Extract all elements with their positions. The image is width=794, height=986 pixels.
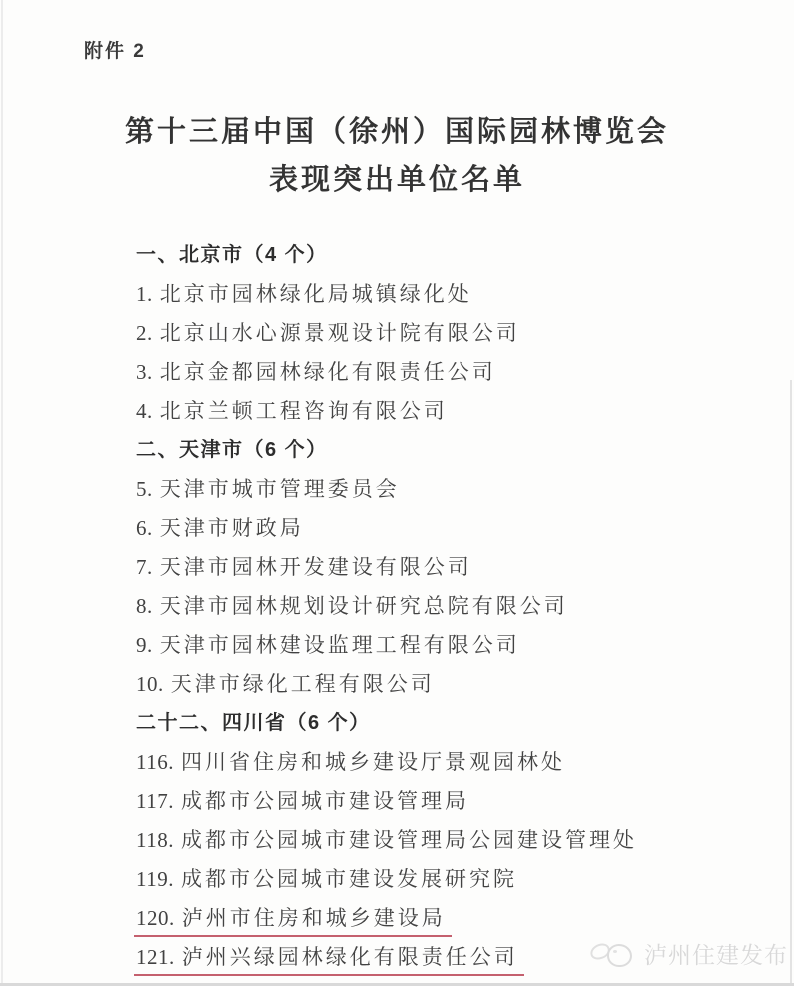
unit-list: 一、北京市（4 个） 1.北京市园林绿化局城镇绿化处 2.北京山水心源景观设计院… bbox=[136, 236, 764, 977]
item-name: 天津市园林开发建设有限公司 bbox=[160, 555, 472, 579]
document-title-line1: 第十三届中国（徐州）国际园林博览会 bbox=[0, 108, 794, 156]
list-item: 8.天津市园林规划设计研究总院有限公司 bbox=[136, 587, 764, 626]
item-name: 泸州兴绿园林绿化有限责任公司 bbox=[182, 945, 518, 969]
mascot-logo-icon bbox=[589, 938, 637, 970]
list-item: 2.北京山水心源景观设计院有限公司 bbox=[136, 314, 764, 353]
list-item: 9.天津市园林建设监理工程有限公司 bbox=[136, 626, 764, 665]
item-name: 北京市园林绿化局城镇绿化处 bbox=[160, 282, 472, 306]
document-page: 附件 2 第十三届中国（徐州）国际园林博览会 表现突出单位名单 一、北京市（4 … bbox=[0, 0, 794, 986]
item-number: 119. bbox=[136, 867, 174, 891]
list-item-line: 3.北京金都园林绿化有限责任公司 bbox=[134, 358, 502, 389]
item-number: 4. bbox=[136, 399, 153, 423]
item-number: 10. bbox=[136, 672, 164, 696]
item-name: 天津市财政局 bbox=[160, 516, 304, 540]
list-item: 116.四川省住房和城乡建设厅景观园林处 bbox=[136, 743, 764, 782]
list-item: 5.天津市城市管理委员会 bbox=[136, 470, 764, 509]
section-heading: 一、北京市（4 个） bbox=[136, 236, 764, 275]
item-name: 北京山水心源景观设计院有限公司 bbox=[160, 321, 520, 345]
list-item-line: 7.天津市园林开发建设有限公司 bbox=[134, 553, 478, 584]
list-item-line: 5.天津市城市管理委员会 bbox=[134, 475, 406, 506]
list-item: 10.天津市绿化工程有限公司 bbox=[136, 665, 764, 704]
item-name: 成都市公园城市建设发展研究院 bbox=[181, 867, 517, 891]
list-item-line: 117.成都市公园城市建设管理局 bbox=[134, 787, 475, 818]
scan-edge-right bbox=[790, 380, 792, 986]
list-item-line: 121.泸州兴绿园林绿化有限责任公司 bbox=[134, 943, 524, 976]
watermark-text: 泸州住建发布 bbox=[644, 937, 788, 970]
list-item-line: 4.北京兰顿工程咨询有限公司 bbox=[134, 397, 454, 428]
list-item-line: 1.北京市园林绿化局城镇绿化处 bbox=[134, 280, 478, 311]
section-heading: 二十二、四川省（6 个） bbox=[136, 704, 764, 743]
list-item-line: 118.成都市公园城市建设管理局公园建设管理处 bbox=[134, 826, 643, 857]
list-item-line: 8.天津市园林规划设计研究总院有限公司 bbox=[134, 592, 574, 623]
list-item-line: 9.天津市园林建设监理工程有限公司 bbox=[134, 631, 526, 662]
list-item-line: 119.成都市公园城市建设发展研究院 bbox=[134, 865, 523, 896]
item-number: 2. bbox=[136, 321, 153, 345]
list-item: 120.泸州市住房和城乡建设局 bbox=[136, 899, 764, 938]
item-name: 天津市城市管理委员会 bbox=[160, 477, 400, 501]
item-number: 5. bbox=[136, 477, 153, 501]
list-item-line: 10.天津市绿化工程有限公司 bbox=[134, 670, 441, 701]
list-item: 118.成都市公园城市建设管理局公园建设管理处 bbox=[136, 821, 764, 860]
item-name: 天津市绿化工程有限公司 bbox=[171, 672, 435, 696]
item-name: 天津市园林建设监理工程有限公司 bbox=[160, 633, 520, 657]
list-item: 7.天津市园林开发建设有限公司 bbox=[136, 548, 764, 587]
section-heading: 二、天津市（6 个） bbox=[136, 431, 764, 470]
list-item-line: 2.北京山水心源景观设计院有限公司 bbox=[134, 319, 526, 350]
attachment-label: 附件 2 bbox=[84, 36, 146, 63]
list-item: 3.北京金都园林绿化有限责任公司 bbox=[136, 353, 764, 392]
list-item: 4.北京兰顿工程咨询有限公司 bbox=[136, 392, 764, 431]
list-item-line: 6.天津市财政局 bbox=[134, 514, 310, 545]
list-item: 1.北京市园林绿化局城镇绿化处 bbox=[136, 275, 764, 314]
item-name: 四川省住房和城乡建设厅景观园林处 bbox=[181, 750, 565, 774]
item-number: 121. bbox=[136, 945, 175, 969]
document-title: 第十三届中国（徐州）国际园林博览会 表现突出单位名单 bbox=[0, 108, 794, 204]
document-title-line2: 表现突出单位名单 bbox=[0, 156, 794, 204]
item-number: 7. bbox=[136, 555, 153, 579]
item-name: 天津市园林规划设计研究总院有限公司 bbox=[160, 594, 568, 618]
item-number: 8. bbox=[136, 594, 153, 618]
item-number: 9. bbox=[136, 633, 153, 657]
list-item: 6.天津市财政局 bbox=[136, 509, 764, 548]
item-number: 1. bbox=[136, 282, 153, 306]
item-name: 北京金都园林绿化有限责任公司 bbox=[160, 360, 496, 384]
list-item: 117.成都市公园城市建设管理局 bbox=[136, 782, 764, 821]
item-number: 116. bbox=[136, 750, 174, 774]
item-number: 120. bbox=[136, 906, 175, 930]
item-name: 成都市公园城市建设管理局 bbox=[181, 789, 469, 813]
list-item: 119.成都市公园城市建设发展研究院 bbox=[136, 860, 764, 899]
item-name: 泸州市住房和城乡建设局 bbox=[182, 906, 446, 930]
list-item-line: 120.泸州市住房和城乡建设局 bbox=[134, 904, 452, 937]
item-number: 117. bbox=[136, 789, 174, 813]
item-number: 6. bbox=[136, 516, 153, 540]
item-name: 成都市公园城市建设管理局公园建设管理处 bbox=[181, 828, 637, 852]
item-number: 3. bbox=[136, 360, 153, 384]
item-name: 北京兰顿工程咨询有限公司 bbox=[160, 399, 448, 423]
item-number: 118. bbox=[136, 828, 174, 852]
watermark: 泸州住建发布 bbox=[589, 937, 788, 970]
list-item-line: 116.四川省住房和城乡建设厅景观园林处 bbox=[134, 748, 571, 779]
